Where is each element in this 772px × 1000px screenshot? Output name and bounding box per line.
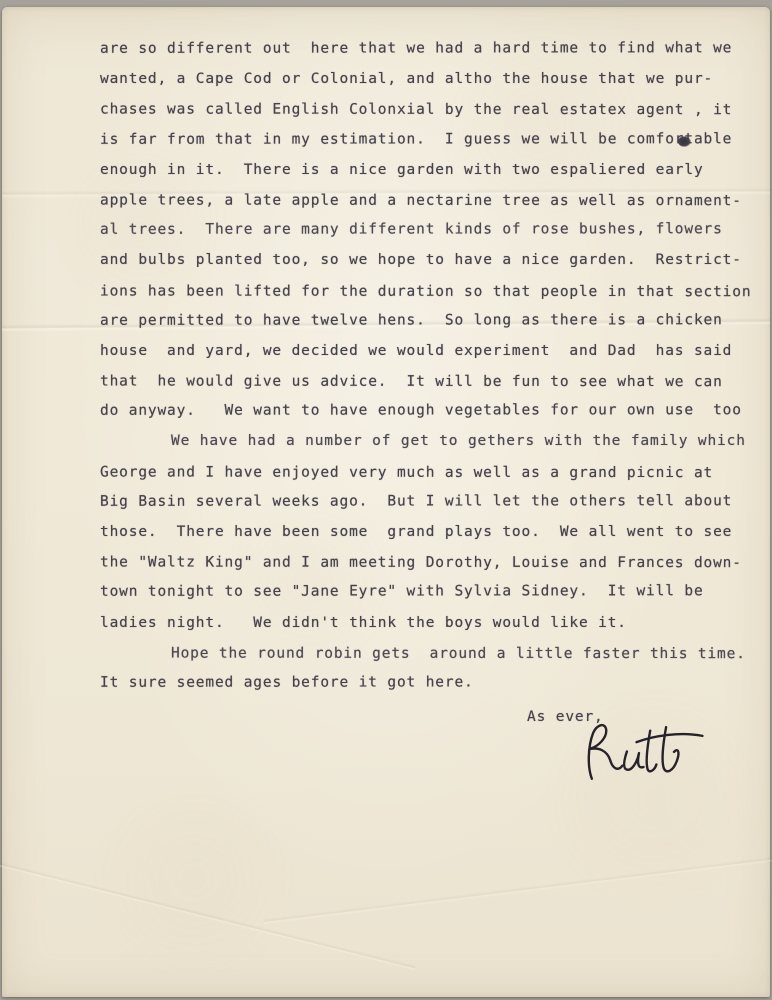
letter-line: apple trees, a late apple and a nectarin… [100, 185, 740, 216]
fold-crease-bottom-right [264, 855, 772, 924]
letter-line: ladies night. We didn't think the boys w… [100, 608, 740, 638]
letter-line: Big Basin several weeks ago. But I will … [100, 486, 740, 517]
letter-line: George and I have enjoyed very much as w… [100, 457, 740, 488]
letter-line: is far from that in my estimation. I gue… [100, 124, 740, 155]
letter-line: al trees. There are many different kinds… [100, 214, 740, 245]
letter-line: enough in it. There is a nice garden wit… [100, 155, 740, 185]
signature-ink-strokes [576, 713, 709, 795]
letter-body: are so different out here that we had a … [2, 7, 770, 732]
letter-line: the "Waltz King" and I am meeting Doroth… [100, 548, 740, 579]
letter-line: house and yard, we decided we would expe… [100, 336, 740, 366]
letter-line: It sure seemed ages before it got here. [100, 667, 740, 698]
letter-line-paragraph-start: Hope the round robin gets around a littl… [100, 638, 740, 669]
letter-line: wanted, a Cape Cod or Colonial, and alth… [100, 64, 740, 94]
scanned-letter-page: { "page": { "scan_background": "#a6a29a"… [0, 0, 772, 1000]
letter-line: ions has been lifted for the duration so… [100, 276, 740, 307]
letter-line: do anyway. We want to have enough vegeta… [100, 395, 740, 426]
letter-line: town tonight to see "Jane Eyre" with Syl… [100, 577, 740, 608]
signature: Ruth [576, 713, 709, 795]
fold-crease-bottom-left [0, 849, 416, 971]
letter-line: are so different out here that we had a … [100, 33, 740, 64]
letter-line: are permitted to have twelve hens. So lo… [100, 305, 740, 336]
letter-paper: are so different out here that we had a … [2, 7, 770, 997]
letter-line: and bulbs planted too, so we hope to hav… [100, 245, 740, 275]
letter-line: chases was called English Colonxial by t… [100, 95, 740, 126]
letter-line-paragraph-start: We have had a number of get to gethers w… [100, 426, 740, 456]
letter-line: those. There have been some grand plays … [100, 517, 740, 547]
letter-line: that he would give us advice. It will be… [100, 367, 740, 398]
